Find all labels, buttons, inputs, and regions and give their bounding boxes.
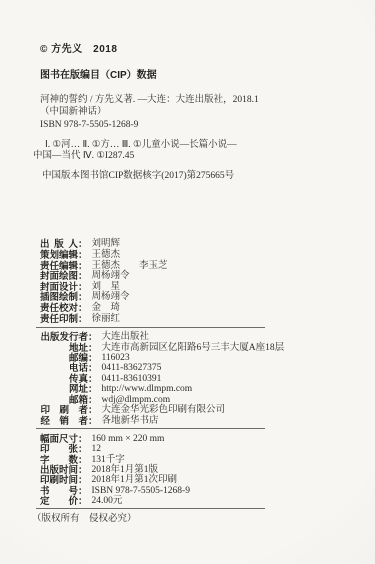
- credit-value: 金 琦: [92, 304, 121, 314]
- credit-value: 周杨翊令: [92, 293, 130, 303]
- spec-label: 印刷时间: [40, 476, 78, 486]
- divider-line: [36, 508, 265, 509]
- label-colon: ：: [78, 293, 88, 303]
- credit-label: 责任编辑: [40, 262, 78, 272]
- copyright-notice: （版权所有 侵权必究）: [32, 515, 351, 525]
- label-colon: ：: [88, 385, 98, 395]
- credit-value: 刘明辉: [92, 240, 121, 250]
- spec-value: 131千字: [92, 456, 125, 466]
- publisher-label: 经 销 者: [40, 417, 88, 427]
- credit-label: 责任印制: [40, 315, 78, 325]
- credit-label: 责任校对: [40, 304, 78, 314]
- label-colon: ：: [88, 354, 98, 364]
- cip-classification-line1: Ⅰ. ①河… Ⅱ. ①方… Ⅲ. ①儿童小说—长篇小说—: [45, 140, 351, 152]
- label-colon: ：: [78, 240, 88, 250]
- credit-label: 策划编辑: [40, 251, 78, 261]
- publisher-label: 电话: [40, 364, 88, 374]
- credit-row: 责任校对：金 琦: [40, 304, 351, 315]
- spec-value: 2018年1月第1次印刷: [92, 476, 178, 486]
- label-colon: ：: [78, 272, 88, 282]
- label-colon: ：: [78, 497, 88, 507]
- spec-value: 160 mm × 220 mm: [92, 435, 165, 445]
- spec-label: 印 张: [40, 445, 78, 455]
- publisher-value: 大连市高新园区亿阳路6号三丰大厦A座18层: [102, 344, 285, 354]
- cip-header: 图书在版编目（CIP）数据: [40, 71, 351, 81]
- spec-label: 定 价: [40, 497, 78, 507]
- divider-line: [36, 327, 265, 328]
- spec-value: 24.00元: [92, 497, 123, 507]
- publisher-row: 经 销 者：各地新华书店: [40, 417, 351, 427]
- credit-row: 责任印制：徐丽红: [40, 315, 351, 326]
- print-specs-list: 幅面尺寸：160 mm × 220 mm 印 张：12 字 数：131千字 出版…: [40, 435, 351, 507]
- spec-value: 12: [92, 445, 102, 455]
- publisher-label: 邮箱: [40, 396, 88, 406]
- cip-record-series-line: （中国新神话）: [40, 106, 351, 118]
- cip-classification: Ⅰ. ①河… Ⅱ. ①方… Ⅲ. ①儿童小说—长篇小说— 中国—当代 Ⅳ. ①I…: [40, 140, 351, 163]
- publisher-row: 出版发行者：大连出版社: [40, 333, 351, 343]
- copyright-line: © 方先义 2018: [40, 45, 351, 55]
- publisher-label: 地址: [40, 344, 88, 354]
- label-colon: ：: [78, 456, 88, 466]
- divider-line: [36, 428, 265, 429]
- label-colon: ：: [78, 487, 88, 497]
- publisher-label: 传真: [40, 375, 88, 385]
- label-colon: ：: [88, 375, 98, 385]
- cip-record-isbn: ISBN 978-7-5505-1268-9: [40, 119, 351, 131]
- cip-record-title-line: 河神的誓约 / 方先义著. —大连：大连出版社，2018.1: [40, 94, 351, 106]
- credit-value: 王德杰: [92, 251, 121, 261]
- spec-label: 字 数: [40, 456, 78, 466]
- spec-label: 书 号: [40, 487, 78, 497]
- credit-label: 封面设计: [40, 283, 78, 293]
- credit-label: 封面绘图: [40, 272, 78, 282]
- credit-row: 策划编辑：王德杰: [40, 251, 351, 262]
- spec-value: ISBN 978-7-5505-1268-9: [92, 487, 190, 497]
- publisher-label: 印 刷 者: [40, 406, 88, 416]
- label-colon: ：: [78, 435, 88, 445]
- cip-record: 河神的誓约 / 方先义著. —大连：大连出版社，2018.1 （中国新神话） I…: [40, 94, 351, 131]
- credit-value: 刘 星: [92, 283, 121, 293]
- credits-list: 出版人：刘明辉 策划编辑：王德杰 责任编辑：王德杰 李玉芝 封面绘图：周杨翊令 …: [40, 240, 351, 325]
- credit-value: 徐丽红: [92, 315, 121, 325]
- publisher-value: wdj@dlmpm.com: [102, 396, 171, 406]
- label-colon: ：: [78, 283, 88, 293]
- label-colon: ：: [88, 333, 98, 343]
- label-colon: ：: [78, 476, 88, 486]
- credit-value: 周杨翊令: [92, 272, 130, 282]
- publisher-value: 大连出版社: [102, 333, 150, 343]
- credit-label: 出版人: [40, 240, 78, 250]
- publisher-value: 各地新华书店: [102, 417, 159, 427]
- label-colon: ：: [78, 466, 88, 476]
- publisher-value: 大连金华光彩色印刷有限公司: [102, 406, 226, 416]
- publisher-info-list: 出版发行者：大连出版社 地址：大连市高新园区亿阳路6号三丰大厦A座18层 邮编：…: [40, 333, 351, 427]
- publisher-value: 0411-83610391: [102, 375, 162, 385]
- label-colon: ：: [88, 364, 98, 374]
- label-colon: ：: [78, 251, 88, 261]
- credit-label: 插图绘制: [40, 293, 78, 303]
- label-colon: ：: [78, 304, 88, 314]
- book-copyright-page: © 方先义 2018 图书在版编目（CIP）数据 河神的誓约 / 方先义著. —…: [0, 0, 375, 564]
- label-colon: ：: [88, 417, 98, 427]
- label-colon: ：: [78, 315, 88, 325]
- label-colon: ：: [78, 445, 88, 455]
- label-colon: ：: [78, 262, 88, 272]
- label-colon: ：: [88, 396, 98, 406]
- publisher-value: 0411-83627375: [102, 364, 162, 374]
- label-colon: ：: [88, 406, 98, 416]
- publisher-value: http://www.dlmpm.com: [102, 385, 193, 395]
- publisher-label: 出版发行者: [40, 333, 88, 343]
- credit-value: 王德杰 李玉芝: [92, 262, 168, 272]
- publisher-label: 网址: [40, 385, 88, 395]
- cip-registration-number: 中国版本图书馆CIP数据核字(2017)第275665号: [42, 172, 351, 182]
- label-colon: ：: [88, 344, 98, 354]
- publisher-value: 116023: [102, 354, 130, 364]
- cip-classification-line2: 中国—当代 Ⅳ. ①I287.45: [33, 151, 351, 163]
- spec-row: 定 价：24.00元: [40, 497, 351, 507]
